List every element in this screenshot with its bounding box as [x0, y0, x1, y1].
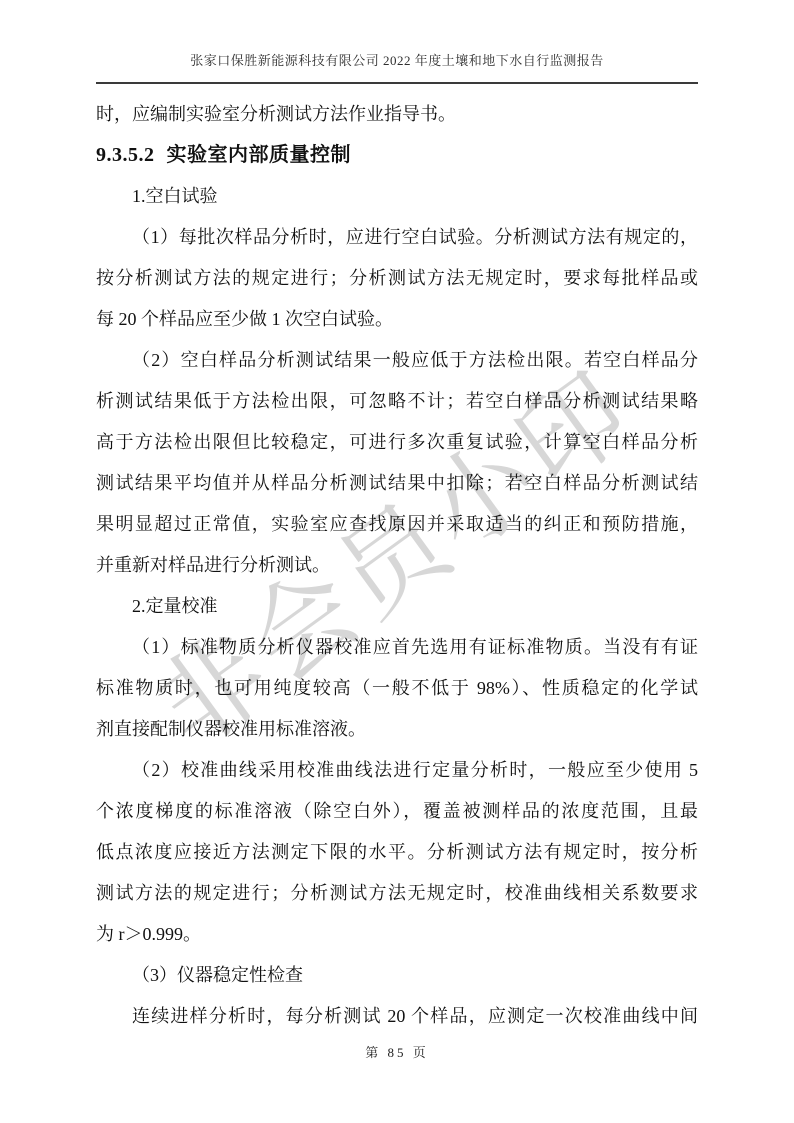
text-line: （3）仪器稳定性检查	[96, 955, 698, 996]
page-header: 张家口保胜新能源科技有限公司 2022 年度土壤和地下水自行监测报告	[96, 50, 698, 84]
text-line: 每 20 个样品应至少做 1 次空白试验。	[96, 299, 698, 340]
text-line: （1）标准物质分析仪器校准应首先选用有证标准物质。当没有有证	[96, 627, 698, 668]
text-line: 析测试结果低于方法检出限，可忽略不计；若空白样品分析测试结果略	[96, 381, 698, 422]
page-footer: 第 85 页	[0, 1042, 794, 1062]
page-number: 第 85 页	[365, 1045, 429, 1060]
text-line: 并重新对样品进行分析测试。	[96, 545, 698, 586]
text-line: 标准物质时，也可用纯度较高（一般不低于 98%）、性质稳定的化学试	[96, 668, 698, 709]
text-line: 2.定量校准	[96, 586, 698, 627]
text-line: 为 r＞0.999。	[96, 914, 698, 955]
text-line: 测试方法的规定进行；分析测试方法无规定时，校准曲线相关系数要求	[96, 873, 698, 914]
text-line: 连续进样分析时，每分析测试 20 个样品，应测定一次校准曲线中间	[96, 996, 698, 1037]
text-line: （2）空白样品分析测试结果一般应低于方法检出限。若空白样品分	[96, 340, 698, 381]
section-heading: 9.3.5.2实验室内部质量控制	[96, 135, 698, 176]
text-line: （1）每批次样品分析时，应进行空白试验。分析测试方法有规定的，	[96, 217, 698, 258]
text-line: 高于方法检出限但比较稳定，可进行多次重复试验，计算空白样品分析	[96, 422, 698, 463]
text-line: 果明显超过正常值，实验室应查找原因并采取适当的纠正和预防措施，	[96, 504, 698, 545]
text-line: 测试结果平均值并从样品分析测试结果中扣除；若空白样品分析测试结	[96, 463, 698, 504]
text-line: 个浓度梯度的标准溶液（除空白外），覆盖被测样品的浓度范围，且最	[96, 791, 698, 832]
document-page: 张家口保胜新能源科技有限公司 2022 年度土壤和地下水自行监测报告 非会员小印…	[0, 0, 794, 1123]
report-header-title: 张家口保胜新能源科技有限公司 2022 年度土壤和地下水自行监测报告	[96, 50, 698, 69]
text-line: 剂直接配制仪器校准用标准溶液。	[96, 709, 698, 750]
section-title: 实验室内部质量控制	[167, 144, 352, 166]
section-number: 9.3.5.2	[96, 144, 155, 166]
text-line: 低点浓度应接近方法测定下限的水平。分析测试方法有规定时，按分析	[96, 832, 698, 873]
text-line: 时，应编制实验室分析测试方法作业指导书。	[96, 94, 698, 135]
text-line: 1.空白试验	[96, 176, 698, 217]
text-line: 按分析测试方法的规定进行；分析测试方法无规定时，要求每批样品或	[96, 258, 698, 299]
text-line: （2）校准曲线采用校准曲线法进行定量分析时，一般应至少使用 5	[96, 750, 698, 791]
document-body: 时，应编制实验室分析测试方法作业指导书。9.3.5.2实验室内部质量控制1.空白…	[96, 94, 698, 1037]
